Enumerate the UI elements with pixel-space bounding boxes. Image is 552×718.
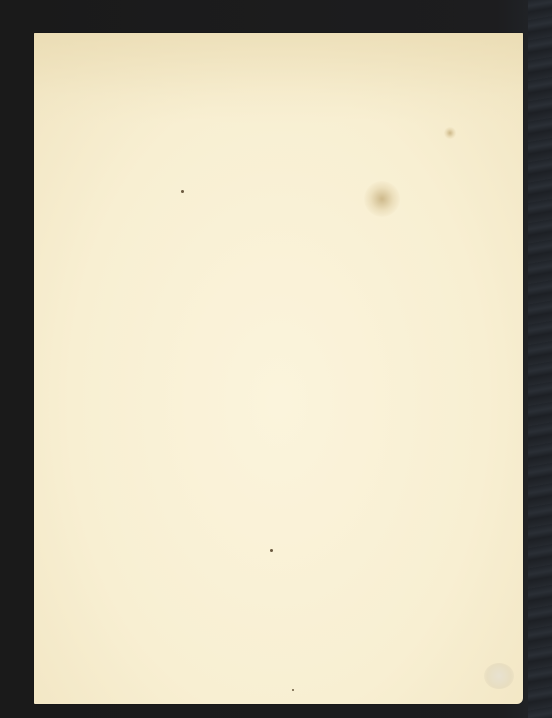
speck bbox=[270, 549, 273, 552]
stain-large bbox=[364, 181, 400, 217]
paper-card bbox=[34, 33, 523, 704]
corner-wear bbox=[484, 663, 514, 689]
stain-small bbox=[444, 127, 456, 139]
speck bbox=[292, 689, 294, 691]
speck bbox=[181, 190, 184, 193]
background-fabric-edge bbox=[528, 0, 552, 718]
aged-top-band bbox=[34, 33, 523, 123]
